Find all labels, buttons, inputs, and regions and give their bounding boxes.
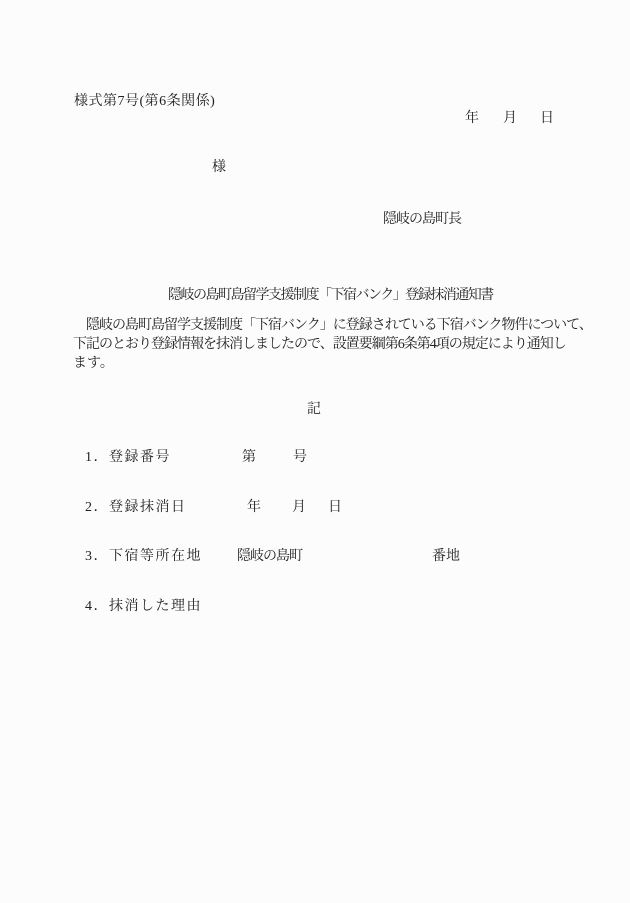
lodging-location-town: 隠岐の島町 [237, 549, 302, 565]
registration-number-label: 1．登録番号 [85, 450, 171, 466]
deregistration-date-label: 2．登録抹消日 [85, 500, 187, 516]
lodging-location-label: 3．下宿等所在地 [85, 549, 202, 565]
sender-title: 隠岐の島町長 [383, 212, 461, 228]
form-number: 様式第7号(第6条関係) [74, 94, 215, 110]
addressee-honorific: 様 [212, 160, 226, 176]
deregistration-month-label: 月 [292, 500, 306, 516]
deregistration-reason-label: 4．抹消した理由 [85, 599, 202, 615]
deregistration-year-label: 年 [247, 500, 261, 516]
record-marker: 記 [307, 402, 321, 418]
body-line-1: 隠岐の島町島留学支援制度「下宿バンク」に登録されている下宿バンク物件について、 [73, 318, 592, 334]
lodging-location-banchi: 番地 [432, 549, 460, 565]
issue-date-day-label: 日 [540, 111, 554, 127]
issue-date-year-label: 年 [465, 111, 479, 127]
body-line-2: 下記のとおり登録情報を抹消しましたので、設置要綱第6条第4項の規定により通知し [73, 337, 566, 353]
document-page: 様式第7号(第6条関係) 年 月 日 様 隠岐の島町長 隠岐の島町島留学支援制度… [0, 0, 630, 903]
document-title: 隠岐の島町島留学支援制度「下宿バンク」登録抹消通知書 [168, 288, 493, 304]
body-line-3: ます。 [73, 356, 114, 372]
registration-number-suffix: 号 [293, 450, 307, 466]
issue-date-month-label: 月 [503, 111, 517, 127]
deregistration-day-label: 日 [328, 500, 342, 516]
registration-number-prefix: 第 [242, 450, 256, 466]
